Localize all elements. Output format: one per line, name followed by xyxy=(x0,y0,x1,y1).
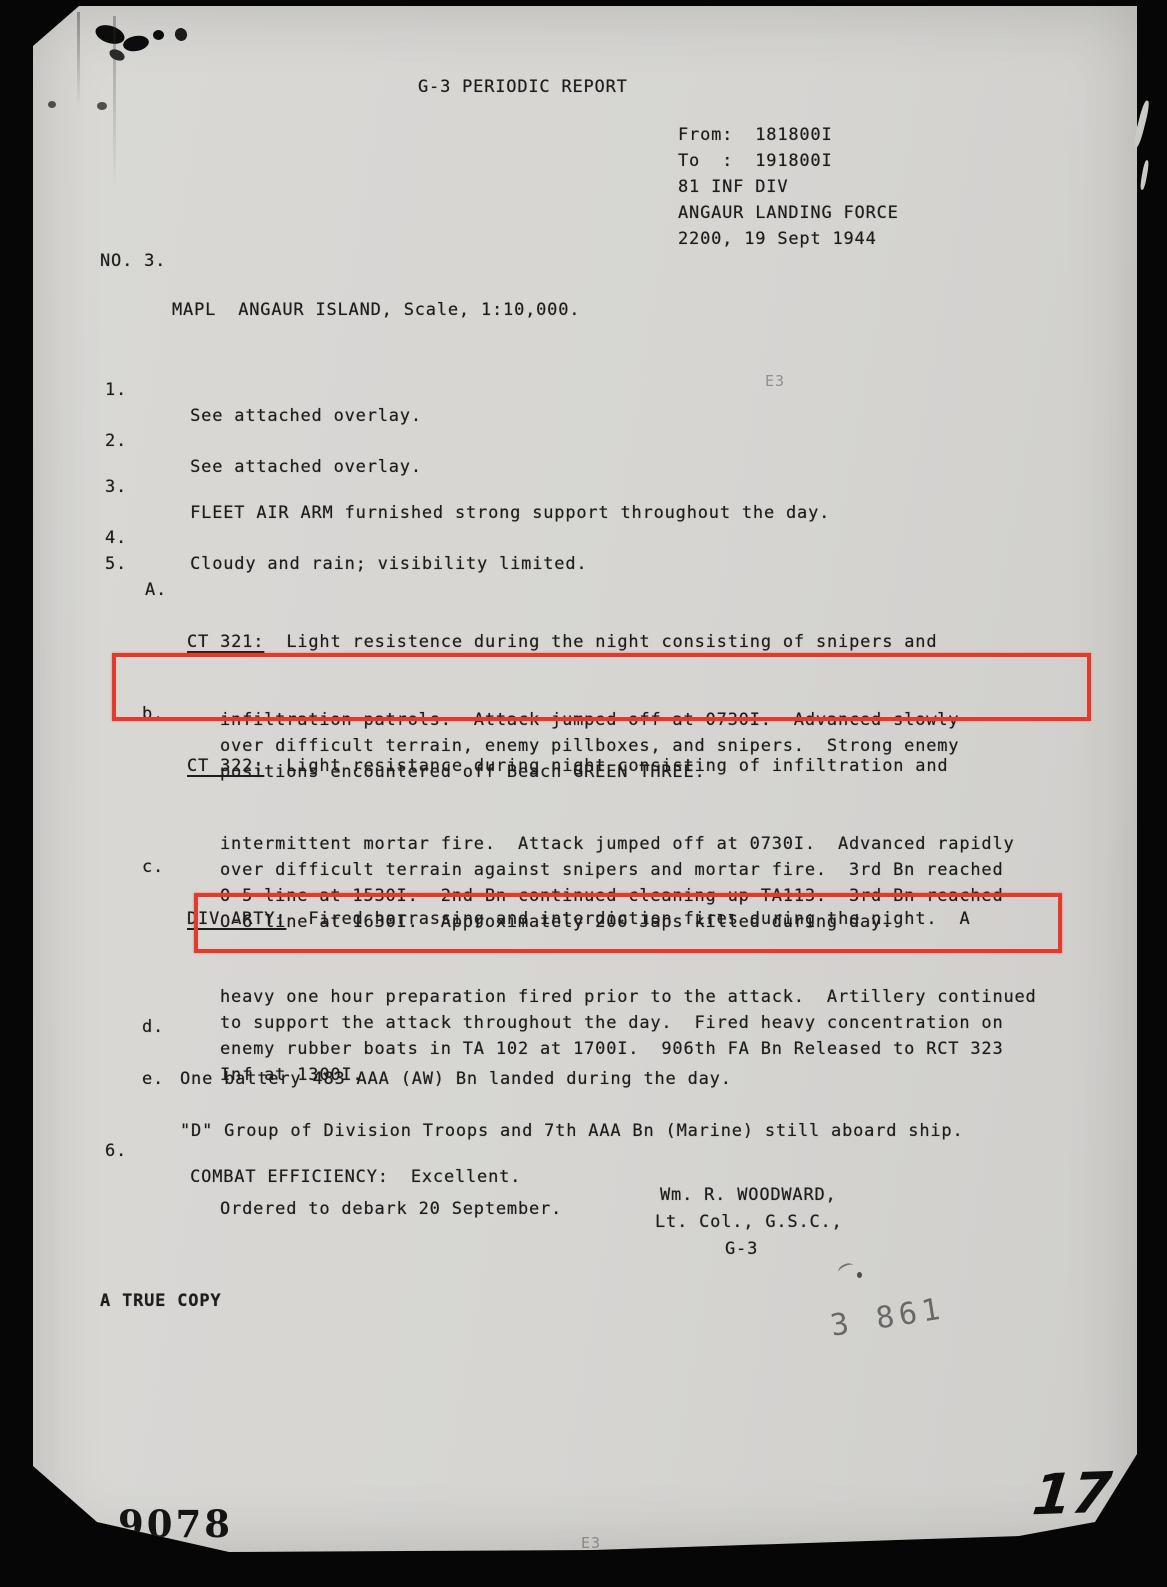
ink-speck xyxy=(97,102,107,110)
item-number: 4. xyxy=(105,525,127,551)
subitem-letter: e. xyxy=(142,1066,164,1092)
report-item-6: 6. COMBAT EFFICIENCY: Excellent. xyxy=(146,1112,1126,1216)
subitem-letter: A. xyxy=(145,577,167,603)
item-number: 6. xyxy=(105,1138,127,1164)
page-title: G-3 PERIODIC REPORT xyxy=(418,74,628,100)
item-number: 3. xyxy=(105,474,127,500)
pen-mark-dot xyxy=(857,1272,862,1278)
document-paper: G-3 PERIODIC REPORT From: 181800ITo : 19… xyxy=(33,6,1137,1552)
signature-section: G-3 xyxy=(725,1236,758,1262)
unit-designation-ct321: CT 321: xyxy=(187,632,264,652)
report-number: NO. 3. xyxy=(100,248,166,274)
subitem-letter: d. xyxy=(142,1014,164,1040)
ink-stain xyxy=(93,22,127,47)
highlight-box-rubber-boats xyxy=(194,893,1062,953)
true-copy-note: A TRUE COPY xyxy=(100,1288,221,1314)
item-number: 1. xyxy=(105,377,127,403)
map-reference: MAPL ANGAUR ISLAND, Scale, 1:10,000. xyxy=(172,297,580,323)
report-header-block: From: 181800ITo : 191800I81 INF DIVANGAU… xyxy=(678,122,899,252)
archive-number: 9078 xyxy=(118,1502,233,1546)
ink-drip xyxy=(113,16,116,186)
text-line: ANGAUR LANDING FORCE xyxy=(678,200,899,226)
ink-speck xyxy=(48,101,56,108)
signature-rank: Lt. Col., G.S.C., xyxy=(655,1209,843,1235)
ink-stain xyxy=(108,47,127,63)
watermark-mark: E3 xyxy=(765,372,785,390)
ink-stain xyxy=(153,30,164,40)
text-line: 2200, 19 Sept 1944 xyxy=(678,226,899,252)
paragraph-first-line: CT 322: Light resistance during night co… xyxy=(220,753,1140,779)
line-text: Light resistence during the night consis… xyxy=(264,632,937,652)
ink-stain xyxy=(122,34,150,53)
text-line: 81 INF DIV xyxy=(678,174,899,200)
scan-edge-artifact xyxy=(1139,160,1149,190)
unit-designation-ct322: CT 322: xyxy=(187,756,264,776)
subitem-letter: c. xyxy=(142,854,164,880)
paragraph-first-line: CT 321: Light resistence during the nigh… xyxy=(220,629,1140,655)
number-stamp: 3 861 xyxy=(828,1291,947,1344)
text-line: From: 181800I xyxy=(678,122,899,148)
signature-name: Wm. R. WOODWARD, xyxy=(660,1182,837,1208)
handwritten-page-number: 17 xyxy=(1029,1461,1114,1529)
text-line: To : 191800I xyxy=(678,148,899,174)
ink-drip xyxy=(77,12,80,107)
watermark-mark: E3 xyxy=(581,1534,601,1552)
item-number-5: 5. xyxy=(105,551,127,577)
line-text: Light resistance during night consisting… xyxy=(264,756,948,776)
highlight-box-ct322 xyxy=(112,653,1091,721)
scanned-document-page: { "doc": { "title": "G-3 PERIODIC REPORT… xyxy=(0,0,1167,1587)
ink-stain xyxy=(173,26,189,42)
item-number: 2. xyxy=(105,428,127,454)
item-text: COMBAT EFFICIENCY: Excellent. xyxy=(190,1167,521,1187)
